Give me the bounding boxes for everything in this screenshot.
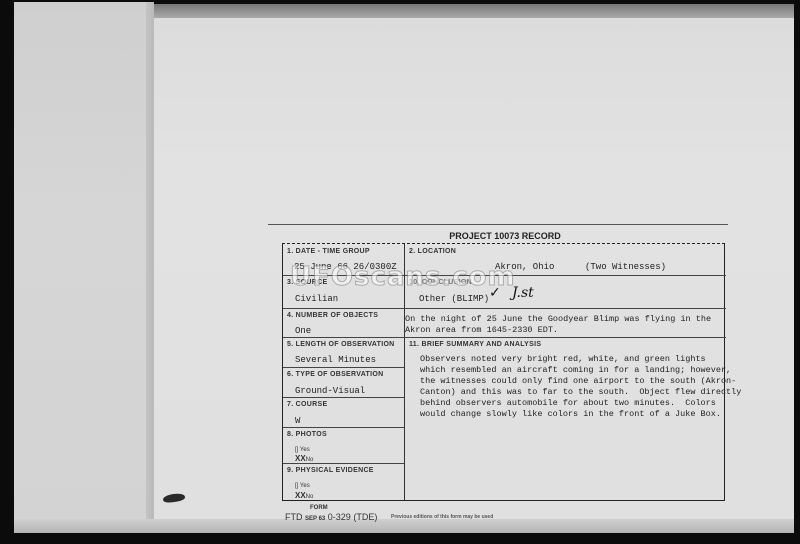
field-label: 11. BRIEF SUMMARY AND ANALYSIS bbox=[409, 341, 541, 348]
witness-note: (Two Witnesses) bbox=[585, 262, 666, 272]
field-label: 4. NUMBER OF OBJECTS bbox=[287, 312, 378, 319]
field-value: Other (BLIMP) bbox=[419, 294, 489, 304]
physical-yes-option: [] Yes bbox=[295, 483, 310, 489]
field-value: Akron, Ohio bbox=[495, 262, 554, 272]
field-label: 6. TYPE OF OBSERVATION bbox=[287, 371, 383, 378]
scan-page-edge bbox=[146, 2, 154, 532]
field-label: 9. PHYSICAL EVIDENCE bbox=[287, 467, 374, 474]
checkbox-empty-icon: [] bbox=[295, 447, 298, 453]
field-value: W bbox=[295, 416, 300, 426]
field-value: Civilian bbox=[295, 294, 338, 304]
record-form: 1. DATE - TIME GROUP 25 June 66 26/0300Z… bbox=[282, 243, 725, 501]
footer-form-word: FORM bbox=[310, 505, 328, 511]
handwritten-initials: J.st bbox=[512, 285, 534, 301]
field-value: 25 June 66 26/0300Z bbox=[294, 262, 397, 272]
conclusion-text: On the night of 25 June the Goodyear Bli… bbox=[405, 314, 711, 336]
summary-text: Observers noted very bright red, white, … bbox=[420, 354, 741, 420]
field-photos: 8. PHOTOS [] Yes XXNo bbox=[283, 427, 404, 463]
form-title: PROJECT 10073 RECORD bbox=[270, 231, 740, 241]
field-value: Several Minutes bbox=[295, 355, 376, 365]
scan-top-shadow bbox=[154, 4, 794, 18]
field-physical-evidence: 9. PHYSICAL EVIDENCE [] Yes XXNo bbox=[283, 463, 404, 500]
field-label: 7. COURSE bbox=[287, 401, 327, 408]
field-course: 7. COURSE W bbox=[283, 397, 404, 427]
photos-yes-option: [] Yes bbox=[295, 447, 310, 453]
footer-note: Previous editions of this form may be us… bbox=[391, 514, 493, 520]
checkbox-marked-icon: XX bbox=[295, 491, 306, 500]
field-label: 10. CONCLUSION bbox=[409, 279, 472, 286]
field-type-observation: 6. TYPE OF OBSERVATION Ground-Visual bbox=[283, 367, 404, 397]
physical-no-option: XXNo bbox=[295, 491, 313, 500]
field-length: 5. LENGTH OF OBSERVATION Several Minutes bbox=[283, 337, 404, 367]
field-number-objects: 4. NUMBER OF OBJECTS One bbox=[283, 308, 404, 338]
scan-bottom-edge bbox=[14, 519, 794, 533]
scan-left-margin bbox=[14, 2, 154, 532]
field-value: One bbox=[295, 326, 311, 336]
footer-form-id: FTD SEP 63 0-329 (TDE) bbox=[285, 512, 377, 522]
form-top-rule bbox=[268, 224, 728, 225]
field-summary: 11. BRIEF SUMMARY AND ANALYSIS Observers… bbox=[405, 337, 726, 500]
checkbox-empty-icon: [] bbox=[295, 483, 298, 489]
field-date-time: 1. DATE - TIME GROUP 25 June 66 26/0300Z bbox=[283, 244, 404, 275]
field-label: 8. PHOTOS bbox=[287, 431, 327, 438]
field-label: 5. LENGTH OF OBSERVATION bbox=[287, 341, 395, 348]
field-location: 2. LOCATION Akron, Ohio (Two Witnesses) bbox=[405, 244, 726, 275]
photos-no-option: XXNo bbox=[295, 454, 313, 463]
field-label: 1. DATE - TIME GROUP bbox=[287, 248, 370, 255]
field-value: Ground-Visual bbox=[295, 386, 365, 396]
check-mark-icon: ✓ bbox=[489, 285, 501, 301]
checkbox-marked-icon: XX bbox=[295, 454, 306, 463]
field-source: 3. SOURCE Civilian bbox=[283, 275, 404, 309]
row-divider bbox=[405, 308, 726, 309]
field-label: 3. SOURCE bbox=[287, 279, 327, 286]
field-conclusion: 10. CONCLUSION Other (BLIMP) bbox=[405, 275, 726, 308]
field-label: 2. LOCATION bbox=[409, 248, 456, 255]
